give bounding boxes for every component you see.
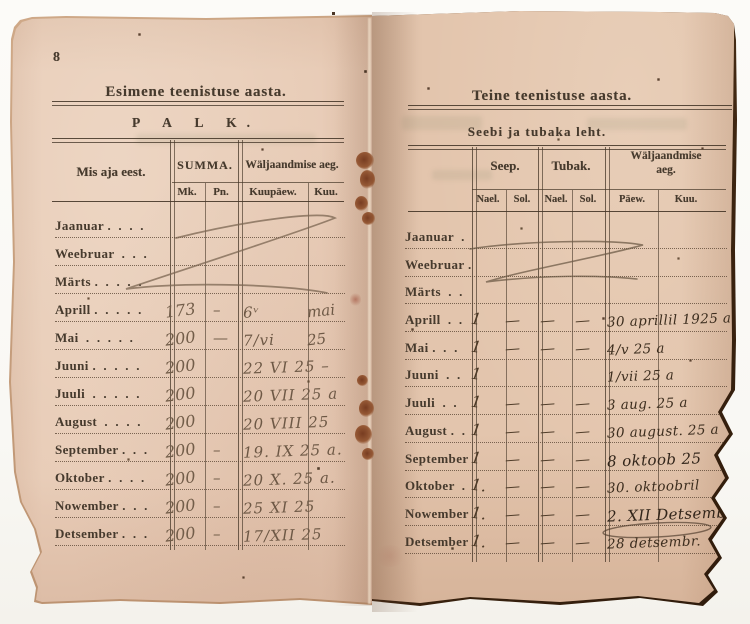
handwritten-nael: 1 [469,445,492,474]
handwritten-nael: — [539,500,565,528]
double-rule [52,101,344,106]
table-row: Oktober .1.———30. oktoobril [405,473,727,499]
handwritten-sol: — [504,445,530,473]
handwritten-sol: — [574,389,600,417]
month-label: Märts . . . . . [55,269,142,295]
rust-stain [362,448,374,460]
handwritten-date: 30 aprillil 1925 a. [607,304,740,335]
table-row: Oktober . . . .200–20 X. 25 a. [55,465,345,491]
paper-speckles [0,0,1,1]
handwritten-sol [505,251,529,253]
handwritten-sol: — [574,528,600,556]
table-row: Weebruar . [405,252,727,278]
handwritten-sol: — [504,306,530,334]
table-row: Jaanuar . . . . [55,213,345,239]
right-page-subtitle: Seebi ja tubaka leht. [382,124,692,140]
handwritten-sol: — [504,417,530,445]
handwritten-mk: 200 [164,490,213,521]
column-header-valjaandmise: Wäljaandmise aeg. [240,159,344,171]
handwritten-nael: 1. [469,500,492,529]
handwritten-pn: – [213,465,239,491]
handwritten-sol: — [574,472,600,500]
handwritten-mk: 200 [164,322,213,353]
month-label: September . . . [55,437,148,463]
handwritten-nael: — [539,334,565,362]
table-row: Nowember1.———2. XII Detsembr. [405,501,727,527]
handwritten-mk: 200 [164,434,213,465]
handwritten-nael [471,223,491,226]
handwritten-sol [575,278,599,280]
handwritten-date: 28 detsembr. [607,526,740,557]
handwritten-nael: 1 [469,334,492,363]
column-header-seep: Seep. [472,158,538,174]
handwritten-nael: 1 [469,417,492,446]
handwritten-sol: — [504,334,530,362]
handwritten-date: 1/vii 25 a [607,359,740,390]
handwritten-sol: — [574,334,600,362]
handwritten-mk: 200 [164,378,213,409]
month-label: Detsember . . . [55,521,147,547]
handwritten-mk: 200 [164,406,213,437]
header-bottom-rule [52,201,344,202]
red-stain [350,292,361,307]
handwritten-sol: — [504,472,530,500]
subcol-kuu: Kuu. [660,194,712,205]
handwritten-nael [540,278,564,280]
rust-stain [359,400,374,417]
handwritten-nael: 1 [469,361,492,390]
right-page: Teine teenistuse aasta. Seebi ja tubaka … [372,10,740,614]
handwritten-nael: 1 [469,306,492,335]
handwritten-nael: — [539,306,565,334]
month-label: August . . . . [55,409,141,435]
handwritten-nael: 1. [469,528,492,557]
table-row: Juuni . . . . .20022 VI 25 – [55,353,345,379]
handwritten-nael: 1. [469,472,492,501]
table-row: September1———8 oktoob 25 [405,446,727,472]
month-label: Oktober . . . . [55,465,145,491]
subcol-sol: Sol. [506,194,538,205]
subcol-mk: Mk. [170,186,204,198]
handwritten-sol: — [504,528,530,556]
table-row: August . .1———30 august. 25 a [405,418,727,444]
table-row: Mai . . .1———4/v 25 a [405,335,727,361]
handwritten-mk: 200 [164,462,213,493]
column-header-tubak: Tubak. [538,158,604,174]
table-row: Jaanuar . [405,224,727,250]
table-top-rule [408,145,726,150]
month-label: Jaanuar . . . . [55,213,144,239]
handwritten-nael: — [539,445,565,473]
handwritten-date: 4/v 25 a [607,332,740,363]
handwritten-sol: — [574,500,600,528]
rust-stain [360,170,375,189]
handwritten-nael [471,278,491,281]
table-row: Aprill . . . . .173–6ᵛmai [55,297,345,323]
smudge-stain [374,545,406,567]
table-row: Juuni . .11/vii 25 a [405,362,727,388]
table-row: Aprill . .1———30 aprillil 1925 a. [405,307,727,333]
handwritten-sol: — [574,445,600,473]
subcol-kuupaew: Kuupäew. [240,186,306,198]
handwritten-sol [505,223,529,225]
palk-heading: P A L K. [46,115,346,131]
rust-stain [355,196,368,211]
subheader-rule [472,189,726,190]
handwritten-nael: 1 [469,389,492,418]
handwritten-mk: 200 [164,518,213,549]
rust-stain [362,212,375,225]
handwritten-nael [540,223,564,225]
table-row: Mai . . . . .200—7/vi25 [55,325,345,351]
handwritten-sol: — [504,389,530,417]
handwritten-sol [575,361,599,363]
handwritten-pn: – [213,437,239,463]
handwritten-pn: – [213,493,239,519]
handwritten-mk: 200 [164,350,213,381]
rust-stain [357,375,368,386]
handwritten-sol [575,251,599,253]
handwritten-pn: – [213,297,239,323]
column-header-period: Mis aja eest. [46,164,176,180]
column-header-valjaandmise: Wäljaandmise [610,150,722,163]
table-top-rule [52,138,344,143]
table-row: Nowember . . .200–25 XI 25 [55,493,345,519]
table-row: Juuli . .1———3 aug. 25 a [405,390,727,416]
table-row: September . . .200–19. IX 25 a. [55,437,345,463]
fold-shadow [334,14,372,606]
month-label: Juuli . . . . . [55,381,140,407]
handwritten-sol [505,361,529,363]
handwritten-nael [540,251,564,253]
subcol-paew: Päew. [606,194,658,205]
handwritten-date: 30 august. 25 a [607,415,740,446]
table-row: August . . . .20020 VIII 25 [55,409,345,435]
column-header-aeg: aeg. [610,164,722,176]
handwritten-pn: — [213,325,239,351]
handwritten-nael [540,361,564,363]
table-row: Detsember1.———28 detsembr. [405,529,727,555]
fold-crease [368,18,371,604]
handwritten-date [607,221,740,226]
month-label: Aprill . . . . . [55,297,142,323]
handwritten-sol [505,278,529,280]
month-label: Weebruar . . . [55,241,147,267]
handwritten-pn: – [213,521,239,547]
scanned-booklet: 8 Esimene teenistuse aasta. P A L K. Mis… [0,0,750,624]
table-row: Märts . . [405,279,727,305]
handwritten-nael: — [539,417,565,445]
header-bottom-rule [408,211,726,212]
subcol-nael: Nael. [539,194,573,205]
left-page: 8 Esimene teenistuse aasta. P A L K. Mis… [6,12,372,608]
handwritten-sol [575,223,599,225]
handwritten-nael: — [539,528,565,556]
right-page-title: Teine teenistuse aasta. [382,88,722,105]
month-label: Mai . . . . . [55,325,133,351]
handwritten-sol: — [504,500,530,528]
month-label: Nowember . . . [55,493,148,519]
handwritten-nael: — [539,472,565,500]
table-row: Weebruar . . . [55,241,345,267]
table-row: Märts . . . . . [55,269,345,295]
handwritten-nael [471,251,491,254]
table-row: Juuli . . . . .20020 VII 25 a [55,381,345,407]
page-number: 8 [53,50,60,66]
rust-stain [356,152,374,169]
subcol-pn: Pn. [206,186,236,198]
handwritten-sol: — [574,306,600,334]
table-row: Detsember . . .200–17/XII 25 [55,521,345,547]
handwritten-sol: — [574,417,600,445]
handwritten-date [607,249,740,254]
rust-stain [355,425,372,444]
subcol-sol: Sol. [572,194,604,205]
left-page-title: Esimene teenistuse aasta. [46,84,346,101]
subheader-rule [172,182,344,183]
double-rule [408,105,732,110]
fold-shadow [372,12,418,612]
handwritten-nael: — [539,389,565,417]
month-label: Juuni . . . . . [55,353,140,379]
handwritten-mk: 173 [164,294,213,325]
column-header-summa: SUMMA. [172,158,238,173]
